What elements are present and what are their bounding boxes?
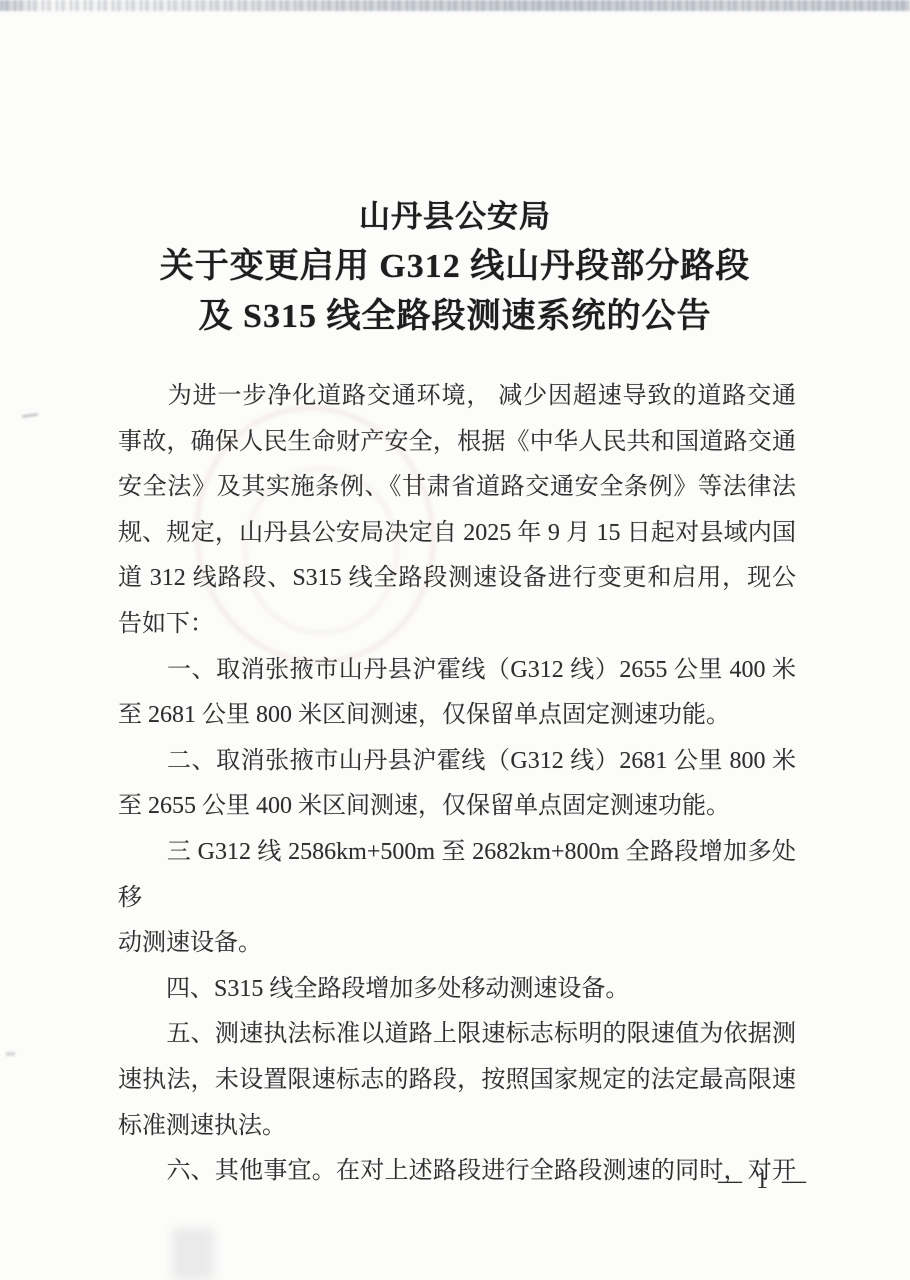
- scan-speck: [22, 413, 38, 418]
- title-line-2: 关于变更启用 G312 线山丹段部分路段: [0, 242, 910, 292]
- body-line: 五、测速执法标准以道路上限速标志标明的限速值为依据测: [118, 1012, 796, 1058]
- body-line: 告如下：: [118, 602, 796, 648]
- body-line: 安全法》及其实施条例、《甘肃省道路交通安全条例》等法律法: [118, 465, 796, 511]
- body-line: 三 G312 线 2586km+500m 至 2682km+800m 全路段增加…: [118, 830, 796, 921]
- body-line: 标准测速执法。: [118, 1104, 796, 1150]
- body-line: 动测速设备。: [118, 921, 796, 967]
- body-line: 速执法，未设置限速标志的路段，按照国家规定的法定最高限速: [118, 1058, 796, 1104]
- scan-bottom-smudge: [172, 1228, 214, 1280]
- body-line: 二、取消张掖市山丹县沪霍线（G312 线）2681 公里 800 米: [118, 739, 796, 785]
- body-line: 为进一步净化道路交通环境， 减少因超速导致的道路交通: [118, 374, 796, 420]
- title-line-3: 及 S315 线全路段测速系统的公告: [0, 292, 910, 342]
- page-number: — 1 —: [718, 1168, 810, 1195]
- document-body: 为进一步净化道路交通环境， 减少因超速导致的道路交通 事故，确保人民生命财产安全…: [118, 374, 796, 1195]
- body-line: 道 312 线路段、S315 线全路段测速设备进行变更和启用，现公: [118, 556, 796, 602]
- body-line: 至 2655 公里 400 米区间测速，仅保留单点固定测速功能。: [118, 784, 796, 830]
- body-line: 四、S315 线全路段增加多处移动测速设备。: [118, 967, 796, 1013]
- body-line: 规、规定，山丹县公安局决定自 2025 年 9 月 15 日起对县域内国: [118, 511, 796, 557]
- scan-top-edge-smudge: [0, 0, 910, 11]
- document-issuer-line: 山丹县公安局: [0, 192, 910, 242]
- document-title: 山丹县公安局 关于变更启用 G312 线山丹段部分路段 及 S315 线全路段测…: [0, 192, 910, 342]
- body-line: 六、其他事宜。在对上述路段进行全路段测速的同时，对开: [118, 1149, 796, 1195]
- body-line: 事故，确保人民生命财产安全，根据《中华人民共和国道路交通: [118, 420, 796, 466]
- body-line: 至 2681 公里 800 米区间测速，仅保留单点固定测速功能。: [118, 693, 796, 739]
- scanned-document-page: 山丹县公安局 关于变更启用 G312 线山丹段部分路段 及 S315 线全路段测…: [0, 0, 910, 1280]
- body-line: 一、取消张掖市山丹县沪霍线（G312 线）2655 公里 400 米: [118, 648, 796, 694]
- scan-speck: [6, 1052, 15, 1056]
